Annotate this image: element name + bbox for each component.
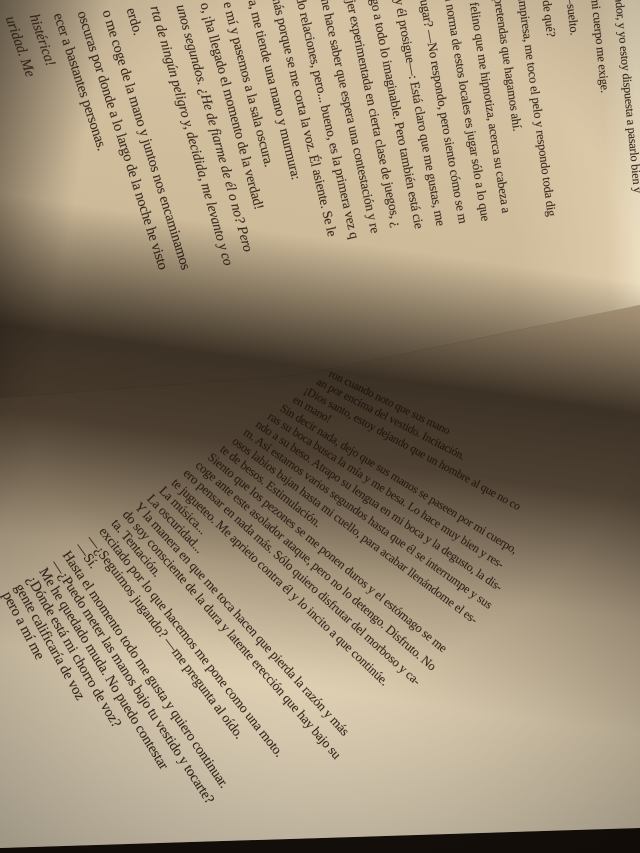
text-line: nde de qué? [536,0,558,38]
book-photo: ron cuando noto que sus manoan por encim… [0,0,640,853]
text-line: que mi cuerpo me exige. [585,0,612,93]
text-line: de —suelto. [560,0,582,36]
text-line: erdo. [122,6,146,37]
text-line: baucador, y yo estoy dispuesta a pasarlo… [609,0,640,194]
